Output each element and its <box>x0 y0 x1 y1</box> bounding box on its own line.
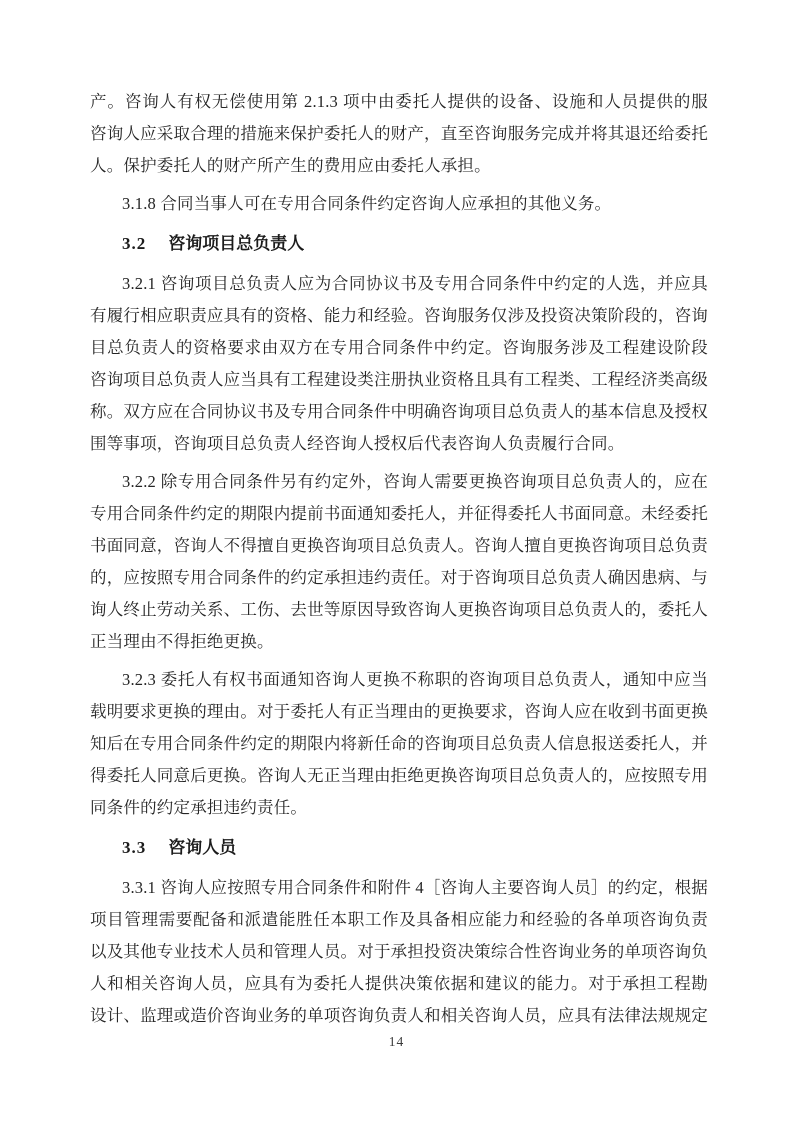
text-line: 设计、监理或造价咨询业务的单项咨询负责人和相关咨询人员，应具有法律法规规定的 <box>90 1000 708 1032</box>
section-heading-3-2: 3.2咨询项目总负责人 <box>90 228 708 260</box>
paragraph-3-2-1: 3.2.1 咨询项目总负责人应为合同协议书及专用合同条件中约定的人选，并应具 有… <box>90 268 708 460</box>
paragraph-3-2-2: 3.2.2 除专用合同条件另有约定外，咨询人需要更换咨询项目总负责人的，应在 专… <box>90 466 708 658</box>
page-number: 14 <box>0 1034 793 1050</box>
document-body: 产。咨询人有权无偿使用第 2.1.3 项中由委托人提供的设备、设施和人员提供的服… <box>90 86 708 1038</box>
text-line: 项目管理需要配备和派遣能胜任本职工作及具备相应能力和经验的各单项咨询负责人， <box>90 904 708 936</box>
text-line: 载明要求更换的理由。对于委托人有正当理由的更换要求，咨询人应在收到书面更换通 <box>90 696 708 728</box>
section-title: 咨询项目总负责人 <box>168 234 304 253</box>
text-line: 同条件的约定承担违约责任。 <box>90 792 708 824</box>
text-line: 3.3.1 咨询人应按照专用合同条件和附件 4［咨询人主要咨询人员］的约定，根据 <box>90 872 708 904</box>
text-line: 书面同意，咨询人不得擅自更换咨询项目总负责人。咨询人擅自更换咨询项目总负责人 <box>90 530 708 562</box>
text-line: 有履行相应职责应具有的资格、能力和经验。咨询服务仅涉及投资决策阶段的，咨询项 <box>90 300 708 332</box>
text-line: 专用合同条件约定的期限内提前书面通知委托人，并征得委托人书面同意。未经委托人 <box>90 498 708 530</box>
paragraph-3-2-3: 3.2.3 委托人有权书面通知咨询人更换不称职的咨询项目总负责人，通知中应当 载… <box>90 664 708 824</box>
text-line: 正当理由不得拒绝更换。 <box>90 626 708 658</box>
section-number: 3.2 <box>122 228 146 260</box>
paragraph-3-1-8: 3.1.8 合同当事人可在专用合同条件约定咨询人应承担的其他义务。 <box>90 188 708 220</box>
text-line: 以及其他专业技术人员和管理人员。对于承担投资决策综合性咨询业务的单项咨询负责 <box>90 936 708 968</box>
text-line: 询人终止劳动关系、工伤、去世等原因导致咨询人更换咨询项目总负责人的，委托人无 <box>90 594 708 626</box>
paragraph-continuation: 产。咨询人有权无偿使用第 2.1.3 项中由委托人提供的设备、设施和人员提供的服… <box>90 86 708 182</box>
text-line: 产。咨询人有权无偿使用第 2.1.3 项中由委托人提供的设备、设施和人员提供的服… <box>90 86 708 118</box>
text-line: 知后在专用合同条件约定的期限内将新任命的咨询项目总负责人信息报送委托人，并征 <box>90 728 708 760</box>
paragraph-3-3-1: 3.3.1 咨询人应按照专用合同条件和附件 4［咨询人主要咨询人员］的约定，根据… <box>90 872 708 1032</box>
text-line: 的，应按照专用合同条件的约定承担违约责任。对于咨询项目总负责人确因患病、与咨 <box>90 562 708 594</box>
text-line: 3.2.3 委托人有权书面通知咨询人更换不称职的咨询项目总负责人，通知中应当 <box>90 664 708 696</box>
section-title: 咨询人员 <box>168 838 236 857</box>
text-line: 得委托人同意后更换。咨询人无正当理由拒绝更换咨询项目总负责人的，应按照专用合 <box>90 760 708 792</box>
text-line: 人和相关咨询人员，应具有为委托人提供决策依据和建议的能力。对于承担工程勘察、 <box>90 968 708 1000</box>
text-line: 3.2.1 咨询项目总负责人应为合同协议书及专用合同条件中约定的人选，并应具 <box>90 268 708 300</box>
text-line: 目总负责人的资格要求由双方在专用合同条件中约定。咨询服务涉及工程建设阶段的， <box>90 332 708 364</box>
text-line: 3.2.2 除专用合同条件另有约定外，咨询人需要更换咨询项目总负责人的，应在 <box>90 466 708 498</box>
text-line: 围等事项，咨询项目总负责人经咨询人授权后代表咨询人负责履行合同。 <box>90 428 708 460</box>
document-page: 产。咨询人有权无偿使用第 2.1.3 项中由委托人提供的设备、设施和人员提供的服… <box>0 0 793 1122</box>
text-line: 称。双方应在合同协议书及专用合同条件中明确咨询项目总负责人的基本信息及授权范 <box>90 396 708 428</box>
section-number: 3.3 <box>122 832 146 864</box>
section-heading-3-3: 3.3咨询人员 <box>90 832 708 864</box>
text-line: 3.1.8 合同当事人可在专用合同条件约定咨询人应承担的其他义务。 <box>90 188 708 220</box>
text-line: 人。保护委托人的财产所产生的费用应由委托人承担。 <box>90 150 708 182</box>
text-line: 咨询人应采取合理的措施来保护委托人的财产，直至咨询服务完成并将其退还给委托 <box>90 118 708 150</box>
text-line: 咨询项目总负责人应当具有工程建设类注册执业资格且具有工程类、工程经济类高级职 <box>90 364 708 396</box>
